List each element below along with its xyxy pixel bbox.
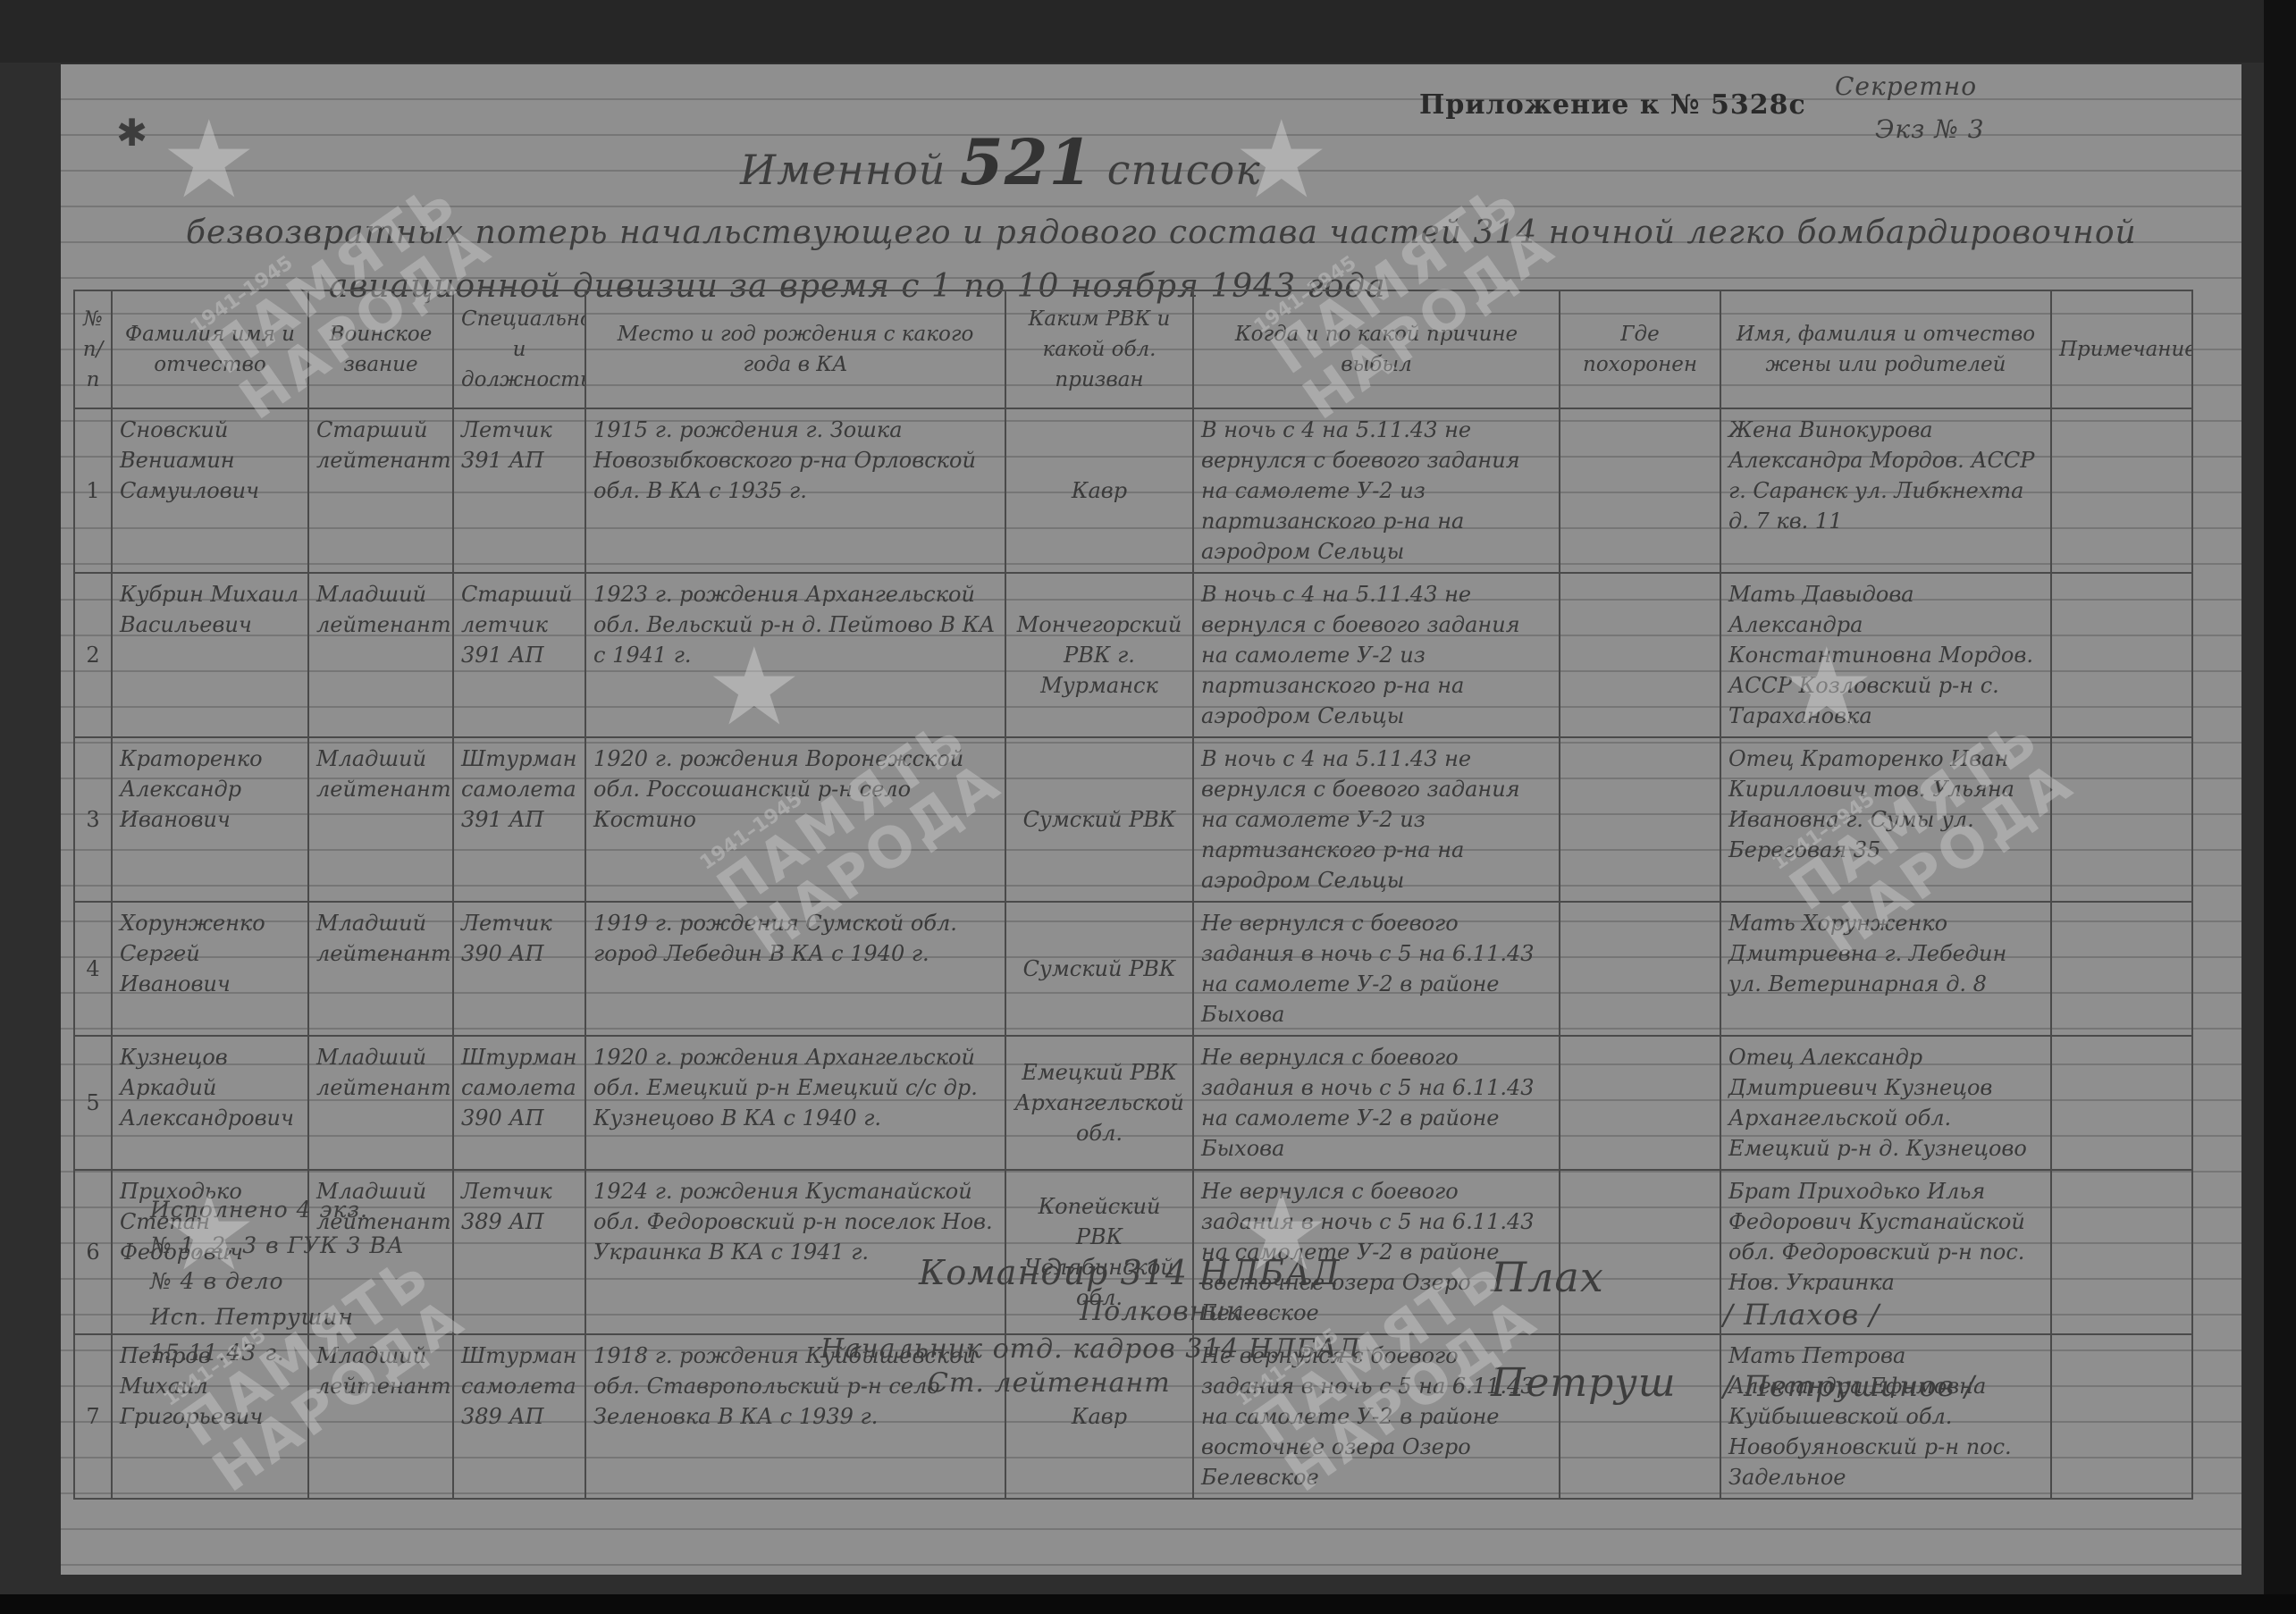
classification-mark: Секретно (1835, 71, 1977, 101)
specialty: Летчик 389 АП (453, 1170, 585, 1334)
row-number: 2 (74, 573, 112, 737)
remarks (2051, 1036, 2192, 1170)
commander-rank: Полковник (1080, 1296, 1243, 1327)
burial-place (1560, 1036, 1720, 1170)
personnel-chief-name: / Петрушинов / (1723, 1369, 1975, 1403)
row-number: 4 (74, 902, 112, 1036)
specialty: Летчик 390 АП (453, 902, 585, 1036)
document-page: ✱ Именной 521 список Приложение к № 5328… (61, 64, 2241, 1575)
personnel-chief-title: Начальник отд. кадров 314 НЛБАД (820, 1333, 1360, 1365)
burial-place (1560, 902, 1720, 1036)
personnel-chief-rank: Ст. лейтенант (928, 1367, 1171, 1399)
loss-circumstances: Не вернулся с боевого задания в ночь с 5… (1193, 902, 1560, 1036)
military-rank: Младший лейтенант (308, 573, 453, 737)
row-number: 5 (74, 1036, 112, 1170)
loss-circumstances: Не вернулся с боевого задания в ночь с 5… (1193, 1170, 1560, 1334)
row-number: 7 (74, 1334, 112, 1499)
remarks (2051, 1334, 2192, 1499)
column-header: Примечание (2051, 290, 2192, 408)
soldier-name: Краторенко Александр Иванович (112, 737, 308, 902)
next-of-kin: Мать Давыдова Александра Константиновна … (1720, 573, 2051, 737)
next-of-kin: Отец Краторенко Иван Кириллович тов. Уль… (1720, 737, 2051, 902)
military-rank: Старший лейтенант (308, 408, 453, 573)
copy-number: Экз № 3 (1875, 114, 1985, 144)
document-title: Именной 521 список (740, 125, 1261, 199)
conscription-office: Сумский РВК (1005, 737, 1193, 902)
row-number: 3 (74, 737, 112, 902)
personnel-signature: Петруш (1491, 1360, 1677, 1406)
column-header: Фамилия имя и отчество (112, 290, 308, 408)
conscription-office: Емецкий РВК Архангельской обл. (1005, 1036, 1193, 1170)
row-number: 6 (74, 1170, 112, 1334)
scan-border-right (2264, 0, 2296, 1614)
commander-name: / Плахов / (1723, 1298, 1880, 1332)
remarks (2051, 573, 2192, 737)
table-row: 5Кузнецов Аркадий АлександровичМладший л… (74, 1036, 2192, 1170)
column-header: Специальность и должность (453, 290, 585, 408)
document-subtitle-line1: безвозвратных потерь начальствующего и р… (186, 214, 2137, 251)
conscription-office: Сумский РВК (1005, 902, 1193, 1036)
scan-border-top (0, 0, 2296, 63)
burial-place (1560, 1334, 1720, 1499)
specialty: Старший летчик 391 АП (453, 573, 585, 737)
loss-circumstances: В ночь с 4 на 5.11.43 не вернулся с боев… (1193, 408, 1560, 573)
birth-info: 1924 г. рождения Кустанайской обл. Федор… (585, 1170, 1005, 1334)
soldier-name: Хорунженко Сергей Иванович (112, 902, 308, 1036)
specialty: Штурман самолета 391 АП (453, 737, 585, 902)
table-row: 3Краторенко Александр ИвановичМладший ле… (74, 737, 2192, 902)
title-prefix: Именной (740, 146, 946, 194)
column-header: Воинское звание (308, 290, 453, 408)
birth-info: 1923 г. рождения Архангельской обл. Вель… (585, 573, 1005, 737)
scan-border-bottom (0, 1594, 2296, 1614)
column-header: Каким РВК и какой обл. призван (1005, 290, 1193, 408)
burial-place (1560, 1170, 1720, 1334)
next-of-kin: Жена Винокурова Александра Мордов. АССР … (1720, 408, 2051, 573)
birth-info: 1915 г. рождения г. Зошка Новозыбковског… (585, 408, 1005, 573)
specialty: Штурман самолета 390 АП (453, 1036, 585, 1170)
remarks (2051, 902, 2192, 1036)
title-suffix: список (1107, 146, 1261, 194)
burial-place (1560, 573, 1720, 737)
loss-circumstances: В ночь с 4 на 5.11.43 не вернулся с боев… (1193, 573, 1560, 737)
column-header: № п/п (74, 290, 112, 408)
column-header: Где похоронен (1560, 290, 1720, 408)
birth-info: 1920 г. рождения Воронежской обл. Россош… (585, 737, 1005, 902)
loss-circumstances: Не вернулся с боевого задания в ночь с 5… (1193, 1036, 1560, 1170)
soldier-name: Кузнецов Аркадий Александрович (112, 1036, 308, 1170)
margin-mark: ✱ (116, 111, 148, 155)
soldier-name: Сновский Вениамин Самуилович (112, 408, 308, 573)
commander-signature: Плах (1491, 1253, 1604, 1301)
soldier-name: Кубрин Михаил Васильевич (112, 573, 308, 737)
title-number: 521 (960, 125, 1093, 199)
specialty: Штурман самолета 389 АП (453, 1334, 585, 1499)
registry-stamp: Приложение к № 5328с (1419, 89, 1806, 121)
remarks (2051, 1170, 2192, 1334)
burial-place (1560, 737, 1720, 902)
table-header-row: № п/пФамилия имя и отчествоВоинское зван… (74, 290, 2192, 408)
commander-title: Командир 314 НЛБАД (919, 1253, 1341, 1292)
conscription-office: Кавр (1005, 408, 1193, 573)
conscription-office: Мончегорский РВК г. Мурманск (1005, 573, 1193, 737)
remarks (2051, 737, 2192, 902)
remarks (2051, 408, 2192, 573)
table-row: 1Сновский Вениамин СамуиловичСтарший лей… (74, 408, 2192, 573)
next-of-kin: Отец Александр Дмитриевич Кузнецов Архан… (1720, 1036, 2051, 1170)
column-header: Место и год рождения с какого года в КА (585, 290, 1005, 408)
table-row: 2Кубрин Михаил ВасильевичМладший лейтена… (74, 573, 2192, 737)
table-row: 4Хорунженко Сергей ИвановичМладший лейте… (74, 902, 2192, 1036)
column-header: Когда и по какой причине выбыл (1193, 290, 1560, 408)
burial-place (1560, 408, 1720, 573)
next-of-kin: Мать Петрова Александра Ефимовна Куйбыше… (1720, 1334, 2051, 1499)
military-rank: Младший лейтенант (308, 902, 453, 1036)
birth-info: 1919 г. рождения Сумской обл. город Лебе… (585, 902, 1005, 1036)
military-rank: Младший лейтенант (308, 1036, 453, 1170)
registry-note: Исполнено 4 экз. № 1, 2, 3 в ГУК 3 ВА № … (150, 1192, 405, 1371)
row-number: 1 (74, 408, 112, 573)
column-header: Имя, фамилия и отчество жены или родител… (1720, 290, 2051, 408)
specialty: Летчик 391 АП (453, 408, 585, 573)
birth-info: 1920 г. рождения Архангельской обл. Емец… (585, 1036, 1005, 1170)
loss-circumstances: В ночь с 4 на 5.11.43 не вернулся с боев… (1193, 737, 1560, 902)
next-of-kin: Мать Хорунженко Дмитриевна г. Лебедин ул… (1720, 902, 2051, 1036)
military-rank: Младший лейтенант (308, 737, 453, 902)
